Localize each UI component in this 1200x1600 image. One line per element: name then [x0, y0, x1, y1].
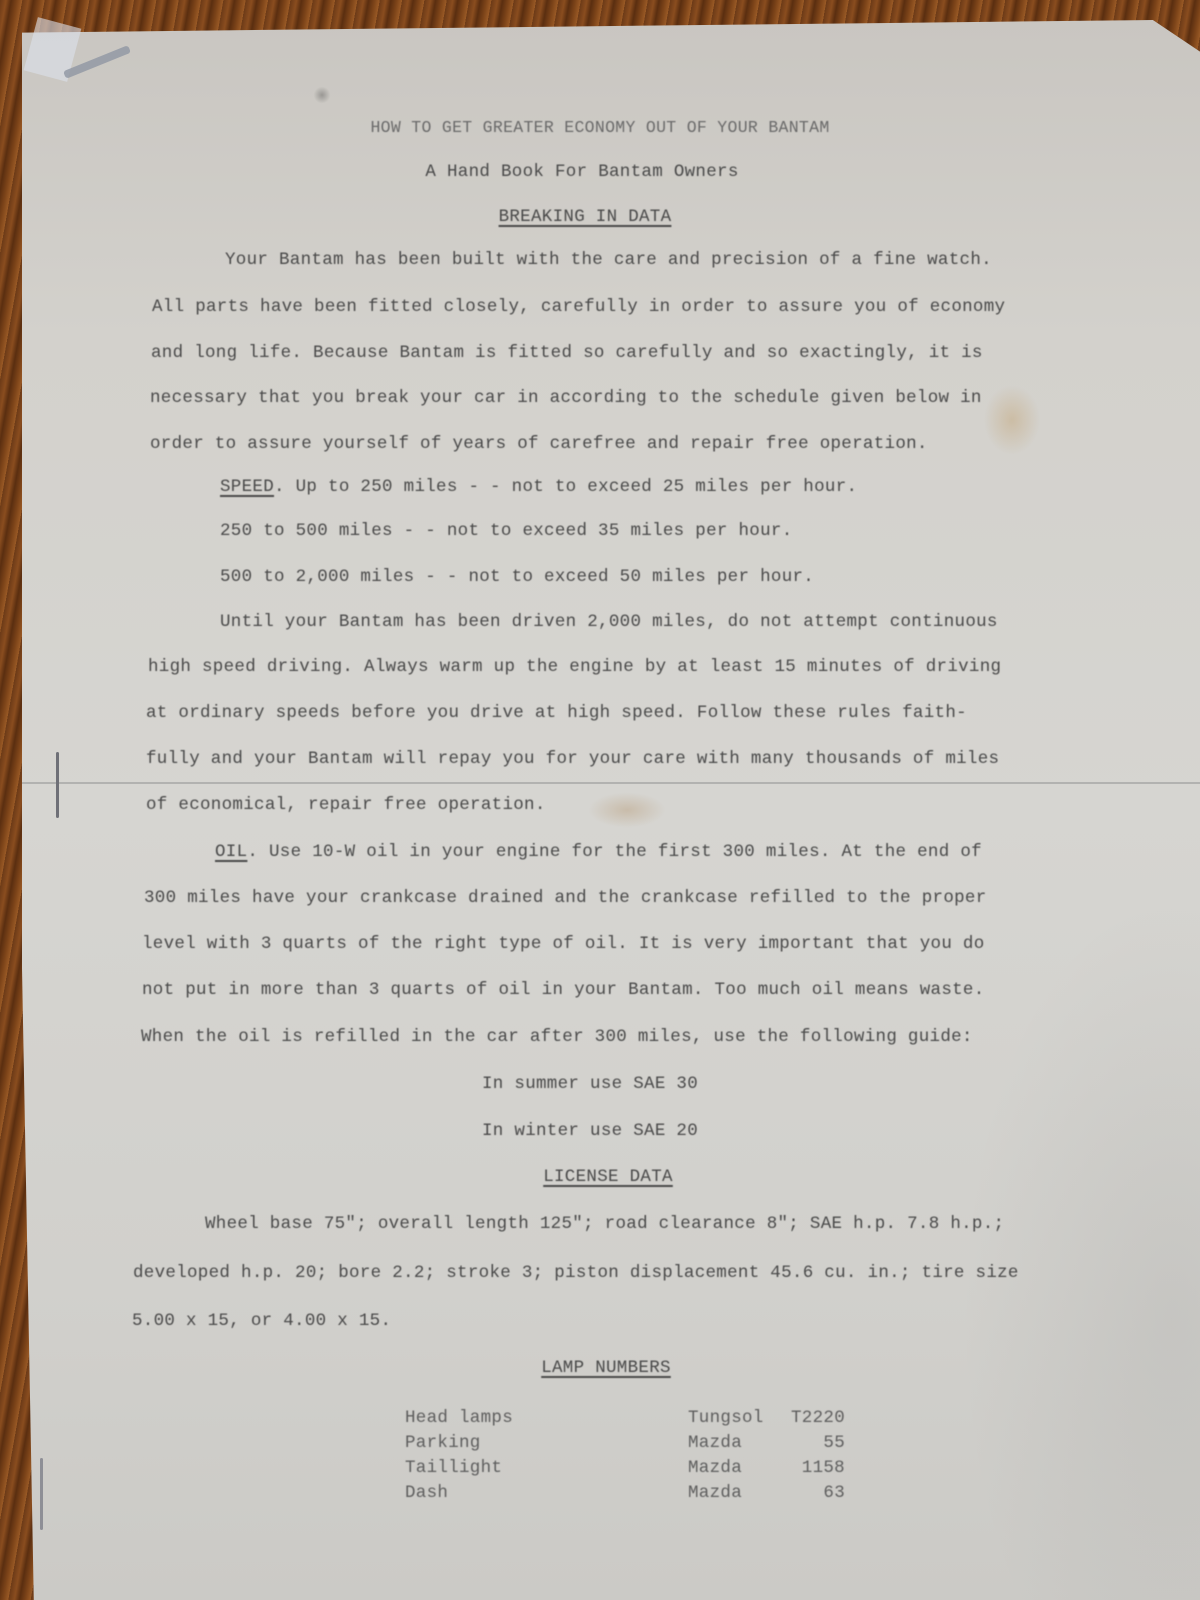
oil-line: OIL. Use 10-W oil in your engine for the…: [215, 842, 982, 862]
table-row: Parking Mazda 55: [405, 1430, 865, 1455]
oil-text: . Use 10-W oil in your engine for the fi…: [247, 842, 982, 862]
table-row: Head lamps Tungsol T2220: [405, 1405, 865, 1430]
lamp-name: Parking: [405, 1433, 688, 1453]
license-line: Wheel base 75"; overall length 125"; roa…: [205, 1214, 1004, 1234]
paragraph-line: fully and your Bantam will repay you for…: [146, 749, 999, 769]
lamp-brand: Mazda: [688, 1483, 788, 1503]
paragraph-line: 300 miles have your crankcase drained an…: [144, 888, 987, 908]
table-row: Dash Mazda 63: [405, 1480, 865, 1505]
speed-text: . Up to 250 miles - - not to exceed 25 m…: [274, 477, 857, 497]
lamp-number: 1158: [788, 1458, 845, 1478]
lamp-brand: Mazda: [688, 1433, 788, 1453]
license-line: developed h.p. 20; bore 2.2; stroke 3; p…: [133, 1263, 1019, 1283]
speed-line: SPEED. Up to 250 miles - - not to exceed…: [220, 477, 857, 497]
lamp-brand: Tungsol: [688, 1408, 788, 1428]
lamp-number: 63: [788, 1483, 845, 1503]
section-heading-breaking-in: BREAKING IN DATA: [499, 207, 672, 227]
paragraph-line: at ordinary speeds before you drive at h…: [146, 703, 967, 723]
document-subtitle: A Hand Book For Bantam Owners: [0, 162, 1182, 182]
oil-guide-summer: In summer use SAE 30: [482, 1074, 698, 1094]
paragraph-line: Your Bantam has been built with the care…: [225, 250, 992, 270]
document-title: HOW TO GET GREATER ECONOMY OUT OF YOUR B…: [0, 118, 1200, 137]
speed-label: SPEED: [220, 477, 274, 497]
paragraph-line: of economical, repair free operation.: [146, 795, 546, 815]
section-heading-lamps: LAMP NUMBERS: [541, 1358, 671, 1378]
paragraph-line: and long life. Because Bantam is fitted …: [151, 343, 983, 363]
paragraph-line: high speed driving. Always warm up the e…: [148, 657, 1001, 677]
lamp-number: 55: [788, 1433, 845, 1453]
lamp-brand: Mazda: [688, 1458, 788, 1478]
speed-line: 500 to 2,000 miles - - not to exceed 50 …: [220, 567, 814, 587]
table-row: Taillight Mazda 1158: [405, 1455, 865, 1480]
paragraph-line: necessary that you break your car in acc…: [150, 388, 982, 408]
lamp-numbers-table: Head lamps Tungsol T2220 Parking Mazda 5…: [405, 1405, 865, 1505]
oil-guide-winter: In winter use SAE 20: [482, 1121, 698, 1141]
lamp-name: Dash: [405, 1483, 688, 1503]
paragraph-line: Until your Bantam has been driven 2,000 …: [220, 612, 998, 632]
typewritten-document: HOW TO GET GREATER ECONOMY OUT OF YOUR B…: [0, 0, 1200, 1600]
section-heading-license: LICENSE DATA: [543, 1167, 673, 1187]
paragraph-line: All parts have been fitted closely, care…: [152, 297, 1005, 317]
paragraph-line: order to assure yourself of years of car…: [150, 434, 928, 454]
paragraph-line: When the oil is refilled in the car afte…: [141, 1027, 973, 1047]
paragraph-line: level with 3 quarts of the right type of…: [142, 934, 985, 954]
lamp-name: Taillight: [405, 1458, 688, 1478]
lamp-name: Head lamps: [405, 1408, 688, 1428]
lamp-number: T2220: [788, 1408, 845, 1428]
oil-label: OIL: [215, 842, 247, 862]
speed-line: 250 to 500 miles - - not to exceed 35 mi…: [220, 521, 793, 541]
license-line: 5.00 x 15, or 4.00 x 15.: [132, 1311, 391, 1331]
paragraph-line: not put in more than 3 quarts of oil in …: [142, 980, 985, 1000]
